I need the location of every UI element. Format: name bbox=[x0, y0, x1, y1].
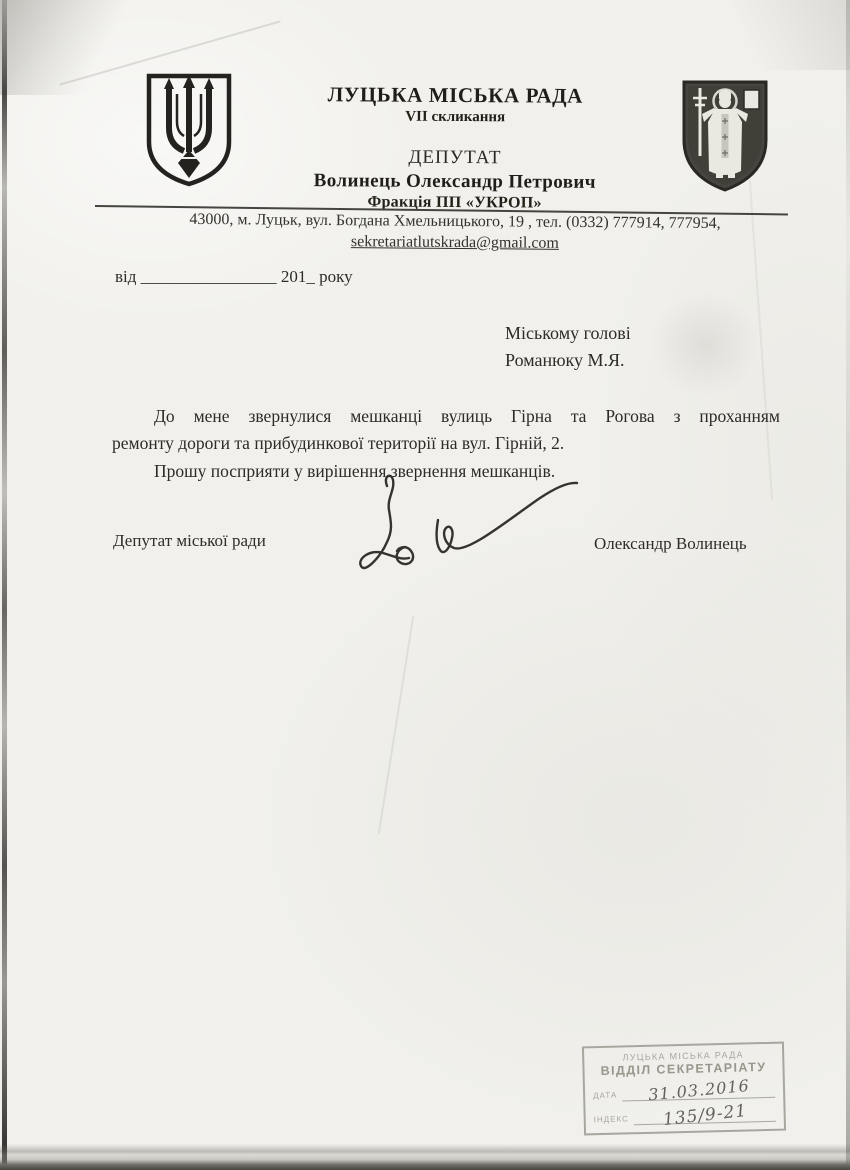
handwritten-index: 135/9-21 bbox=[662, 1101, 748, 1130]
faint-stamp-ghost bbox=[650, 292, 760, 397]
stamp-date-label: ДАТА bbox=[593, 1091, 617, 1103]
stamp-index-field: 135/9-21 bbox=[633, 1101, 775, 1125]
scan-edge-left bbox=[2, 0, 7, 1170]
handwritten-signature-icon bbox=[348, 452, 588, 582]
addressee-block: Міському голові Романюку М.Я. bbox=[505, 320, 631, 374]
stamp-index-label: ІНДЕКС bbox=[594, 1114, 629, 1126]
scan-edge-bottom bbox=[0, 1144, 850, 1170]
date-prefix: від bbox=[115, 267, 136, 286]
date-line: від ________________ 201_ року bbox=[115, 267, 353, 287]
date-suffix: 201_ року bbox=[281, 267, 353, 286]
scanned-letter-page: ЛУЦЬКА МІСЬКА РАДА VII скликання ДЕПУТАТ… bbox=[0, 0, 850, 1170]
scan-shadow-top-left bbox=[0, 0, 160, 95]
scan-edge-right bbox=[846, 0, 850, 1170]
body-line: До мене звернулися мешканці вулиць Гірна… bbox=[112, 403, 780, 430]
handwritten-date: 31.03.2016 bbox=[647, 1076, 750, 1104]
postal-address: 43000, м. Луцьк, вул. Богдана Хмельницьк… bbox=[110, 209, 800, 234]
stamp-date-row: ДАТА 31.03.2016 bbox=[593, 1077, 775, 1102]
signer-name: Олександр Волинець bbox=[594, 534, 747, 554]
paper-crease bbox=[378, 616, 414, 834]
email-address: sekretariatlutskrada@gmail.com bbox=[351, 232, 559, 254]
addressee-name: Романюку М.Я. bbox=[505, 347, 631, 374]
scan-shadow-top-right bbox=[660, 0, 850, 70]
date-blank-field: ________________ bbox=[141, 267, 277, 286]
registration-stamp: ЛУЦЬКА МІСЬКА РАДА ВІДДІЛ СЕКРЕТАРІАТУ Д… bbox=[582, 1042, 786, 1136]
signer-title: Депутат міської ради bbox=[113, 531, 266, 551]
addressee-title: Міському голові bbox=[505, 320, 631, 347]
stamp-date-field: 31.03.2016 bbox=[622, 1077, 775, 1102]
contact-block: 43000, м. Луцьк, вул. Богдана Хмельницьк… bbox=[110, 209, 800, 255]
stamp-index-row: ІНДЕКС 135/9-21 bbox=[593, 1101, 775, 1126]
lutsk-coat-of-arms-icon bbox=[678, 76, 772, 196]
